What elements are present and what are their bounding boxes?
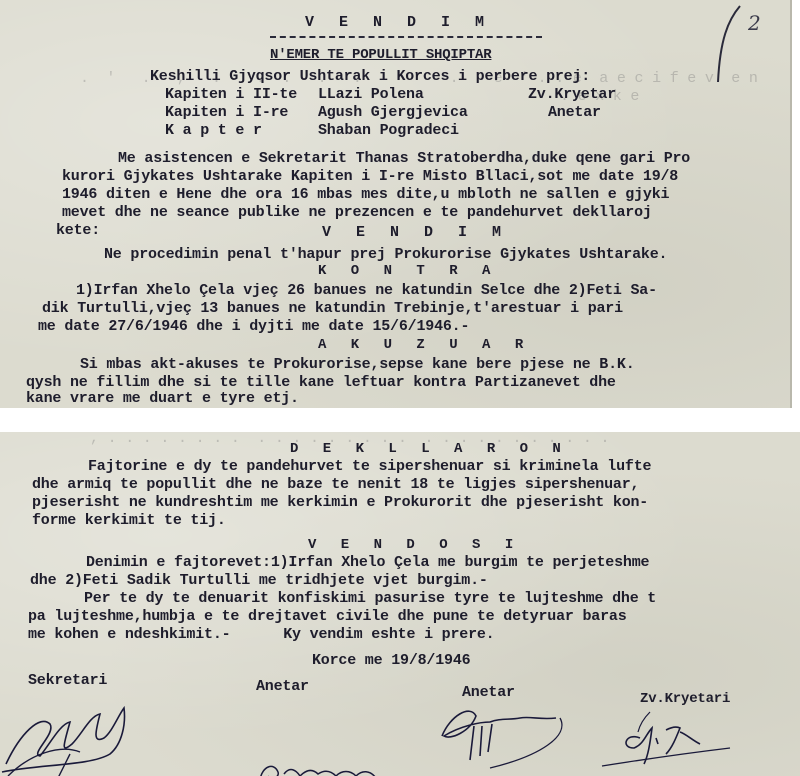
heading-kontra: K O N T R A [318,262,498,280]
page-mark: 2 [748,14,761,32]
kontra-line: dik Turtulli,vjeç 13 banues ne katundin … [42,300,623,318]
kontra-line: 1)Irfan Xhelo Çela vjeç 26 banues ne kat… [76,282,657,300]
heading-vendosi: V E N D O S I [308,536,521,554]
heading-vendim: V E N D I M [322,224,509,242]
member-signature-icon [250,752,410,776]
member-name: LLazi Polena [318,86,424,104]
kontra-line: me date 27/6/1946 dhe i dyjti me date 15… [38,318,469,336]
member-role: Zv.Kryetar [528,86,616,104]
heading-akuzuar: A K U Z U A R [318,336,531,354]
intro-line: kurori Gjykates Ushtarake Kapiten i I-re… [62,168,678,186]
vendosi-line: Per te dy te denuarit konfiskimi pasuris… [84,590,656,608]
member-rank: Kapiten i II-te [165,86,297,104]
deklaron-line: Fajtorine e dy te pandehurvet te sipersh… [88,458,651,476]
place-date: Korce me 19/8/1946 [312,652,470,670]
title-underline [270,36,542,38]
document-subtitle: N'EMER TE POPULLIT SHQIPTAR [270,46,491,64]
vendosi-line: dhe 2)Feti Sadik Turtulli me tridhjete v… [30,572,488,590]
intro-line: mevet dhe ne seance publike ne prezencen… [62,204,652,222]
member-name: Agush Gjergjevica [318,104,468,122]
akuzuar-line: kane vrare me duart e tyre etj. [26,390,299,408]
intro-line: Me asistencen e Sekretarit Thanas Strato… [118,150,690,168]
deklaron-line: dhe armiq te popullit dhe ne baze te nen… [32,476,639,494]
vendosi-line: Denimin e fajtorevet:1)Irfan Xhelo Çela … [86,554,649,572]
member-signature-icon [430,696,600,776]
document-scan-bottom: , . . . . . . . . . . . . . . . . . . . … [0,432,800,776]
document-title: V E N D I M [305,14,492,32]
intro-line: 1946 diten e Hene dhe ora 16 mbas mes di… [62,186,669,204]
member-rank: Kapiten i I-re [165,104,288,122]
signatory-title-secretary: Sekretari [28,672,107,690]
member-name: Shaban Pogradeci [318,122,459,140]
deklaron-line: pjeserisht ne kundreshtim me kerkimin e … [32,494,648,512]
signatory-title-member: Anetar [256,678,309,696]
member-rank: K a p t e r [165,122,262,140]
secretary-signature-icon [0,694,140,776]
vendosi-line: pa lujteshme,humbja e te drejtavet civil… [28,608,627,626]
vice-president-signature-icon [600,704,770,776]
member-role: Anetar [548,104,601,122]
akuzuar-line: Si mbas akt-akuses te Prokurorise,sepse … [80,356,635,374]
heading-deklaron: D E K L L A R O N [290,440,569,458]
deklaron-line: forme kerkimit te tij. [32,512,226,530]
court-line: Keshilli Gjyqsor Ushtarak i Korces i per… [150,68,590,86]
intro-line: kete: [56,222,100,240]
vendosi-line: me kohen e ndeshkimit.- Ky vendim eshte … [28,626,494,644]
document-scan-top: . ' . , : . . . . . e ' . . e a e c i f … [0,0,792,408]
